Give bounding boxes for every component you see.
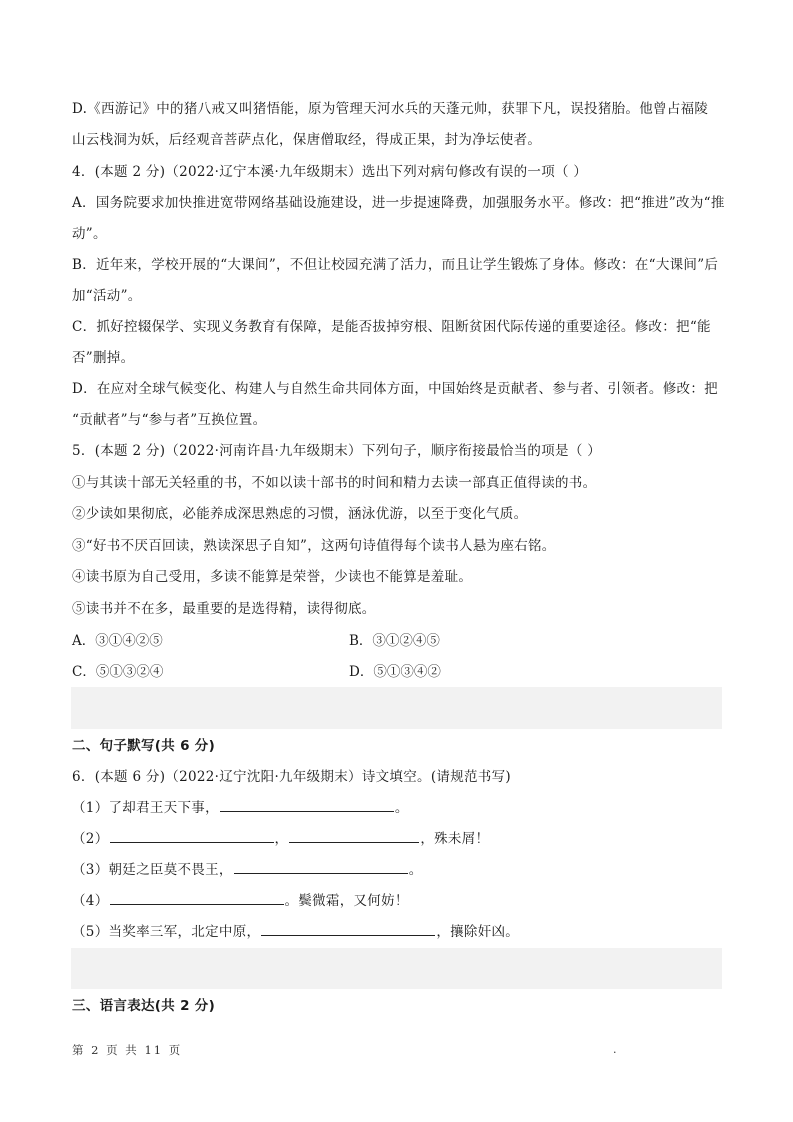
q4-option-b-line2: 加“活动”。: [72, 287, 142, 305]
option-value: ⑤①③④②: [373, 664, 441, 680]
q5-stem: 5．(本题 2 分)（2022·河南许昌·九年级期末）下列句子，顺序衔接最恰当的…: [72, 442, 601, 460]
q5-option-d[interactable]: D．⑤①③④②: [349, 663, 441, 681]
q5-option-b[interactable]: B．③①②④⑤: [349, 632, 440, 650]
item-number: （3）: [72, 862, 109, 878]
q6-item-1: （1）了却君王天下事，。: [72, 799, 409, 817]
option-value: ③①②④⑤: [372, 633, 440, 649]
q3-option-d-line1: D.《西游记》中的猪八戒又叫猪悟能，原为管理天河水兵的天蓬元帅，获罪下凡，误投猪…: [72, 100, 708, 118]
q4-option-d-line1: D．在应对全球气候变化、构建人与自然生命共同体方面，中国始终是贡献者、参与者、引…: [72, 380, 718, 398]
q5-option-a[interactable]: A．③①④②⑤: [72, 632, 163, 650]
q5-sentence-3: ③“好书不厌百回读，熟读深思子自知”，这两句诗值得每个读书人悬为座右铭。: [72, 537, 556, 555]
item-text-before: 当奖率三军，北定中原，: [109, 924, 261, 940]
item-text-after: ，攘除奸凶。: [436, 924, 519, 940]
section-2-title: 二、句子默写(共 6 分): [72, 737, 215, 755]
q6-item-3: （3）朝廷之臣莫不畏王，。: [72, 861, 423, 879]
fill-blank[interactable]: [289, 830, 419, 843]
q4-option-a-line1: A．国务院要求加快推进宽带网络基础设施建设，进一步提速降费，加强服务水平。修改：…: [72, 194, 725, 212]
q6-item-4: （4）。鬓微霜，又何妨！: [72, 892, 409, 910]
q4-option-a-line2: 动”。: [72, 225, 107, 243]
q4-option-b-line1: B．近年来，学校开展的“大课间”，不但让校园充满了活力，而且让学生锻炼了身体。修…: [72, 256, 718, 274]
item-text-before: 了却君王天下事，: [109, 800, 219, 816]
item-text-mid: ，: [275, 831, 289, 847]
option-value: ③①④②⑤: [95, 633, 163, 649]
q5-sentence-1: ①与其读十部无关轻重的书，不如以读十部书的时间和精力去读一部真正值得读的书。: [72, 474, 596, 492]
q4-option-c-line1: C．抓好控辍保学、实现义务教育有保障，是能否拔掉穷根、阻断贫困代际传递的重要途径…: [72, 318, 711, 336]
answer-area-box: [71, 687, 722, 729]
item-text-after: 。: [395, 800, 409, 816]
fill-blank[interactable]: [110, 830, 274, 843]
option-label: A．: [72, 633, 95, 649]
item-number: （2）: [72, 831, 109, 847]
q6-item-5: （5）当奖率三军，北定中原，，攘除奸凶。: [72, 923, 519, 941]
q5-option-c[interactable]: C．⑤①③②④: [72, 663, 163, 681]
q4-option-d-line2: “贡献者”与“参与者”互换位置。: [72, 411, 266, 429]
page-number: 第 2 页 共 11 页: [72, 1042, 182, 1058]
section-3-title: 三、语言表达(共 2 分): [72, 997, 215, 1015]
q4-stem: 4．(本题 2 分)（2022·辽宁本溪·九年级期末）选出下列对病句修改有误的一…: [72, 163, 587, 181]
q4-option-c-line2: 否”删掉。: [72, 349, 134, 367]
item-text-before: 朝廷之臣莫不畏王，: [109, 862, 233, 878]
q6-item-2: （2），，殊未屑！: [72, 830, 489, 848]
option-label: B．: [349, 633, 372, 649]
footer-dot: .: [613, 1043, 617, 1056]
answer-area-box: [71, 948, 722, 989]
fill-blank[interactable]: [261, 923, 435, 936]
item-number: （5）: [72, 924, 109, 940]
fill-blank[interactable]: [110, 892, 284, 905]
option-value: ⑤①③②④: [96, 664, 164, 680]
item-number: （1）: [72, 800, 109, 816]
q5-sentence-4: ④读书原为自己受用，多读不能算是荣誉，少读也不能算是羞耻。: [72, 568, 472, 586]
fill-blank[interactable]: [220, 799, 394, 812]
q6-stem: 6．(本题 6 分)（2022·辽宁沈阳·九年级期末）诗文填空。(请规范书写): [72, 768, 511, 786]
q3-option-d-line2: 山云栈洞为妖，后经观音菩萨点化，保唐僧取经，得成正果，封为净坛使者。: [72, 131, 541, 149]
item-text-after: ，殊未屑！: [420, 831, 489, 847]
q5-sentence-5: ⑤读书并不在多，最重要的是选得精，读得彻底。: [72, 600, 376, 618]
item-text-after: 。鬓微霜，又何妨！: [285, 893, 409, 909]
option-label: C．: [72, 664, 96, 680]
fill-blank[interactable]: [234, 861, 408, 874]
option-label: D．: [349, 664, 373, 680]
q5-sentence-2: ②少读如果彻底，必能养成深思熟虑的习惯，涵泳优游，以至于变化气质。: [72, 505, 527, 523]
item-number: （4）: [72, 893, 109, 909]
item-text-after: 。: [409, 862, 423, 878]
